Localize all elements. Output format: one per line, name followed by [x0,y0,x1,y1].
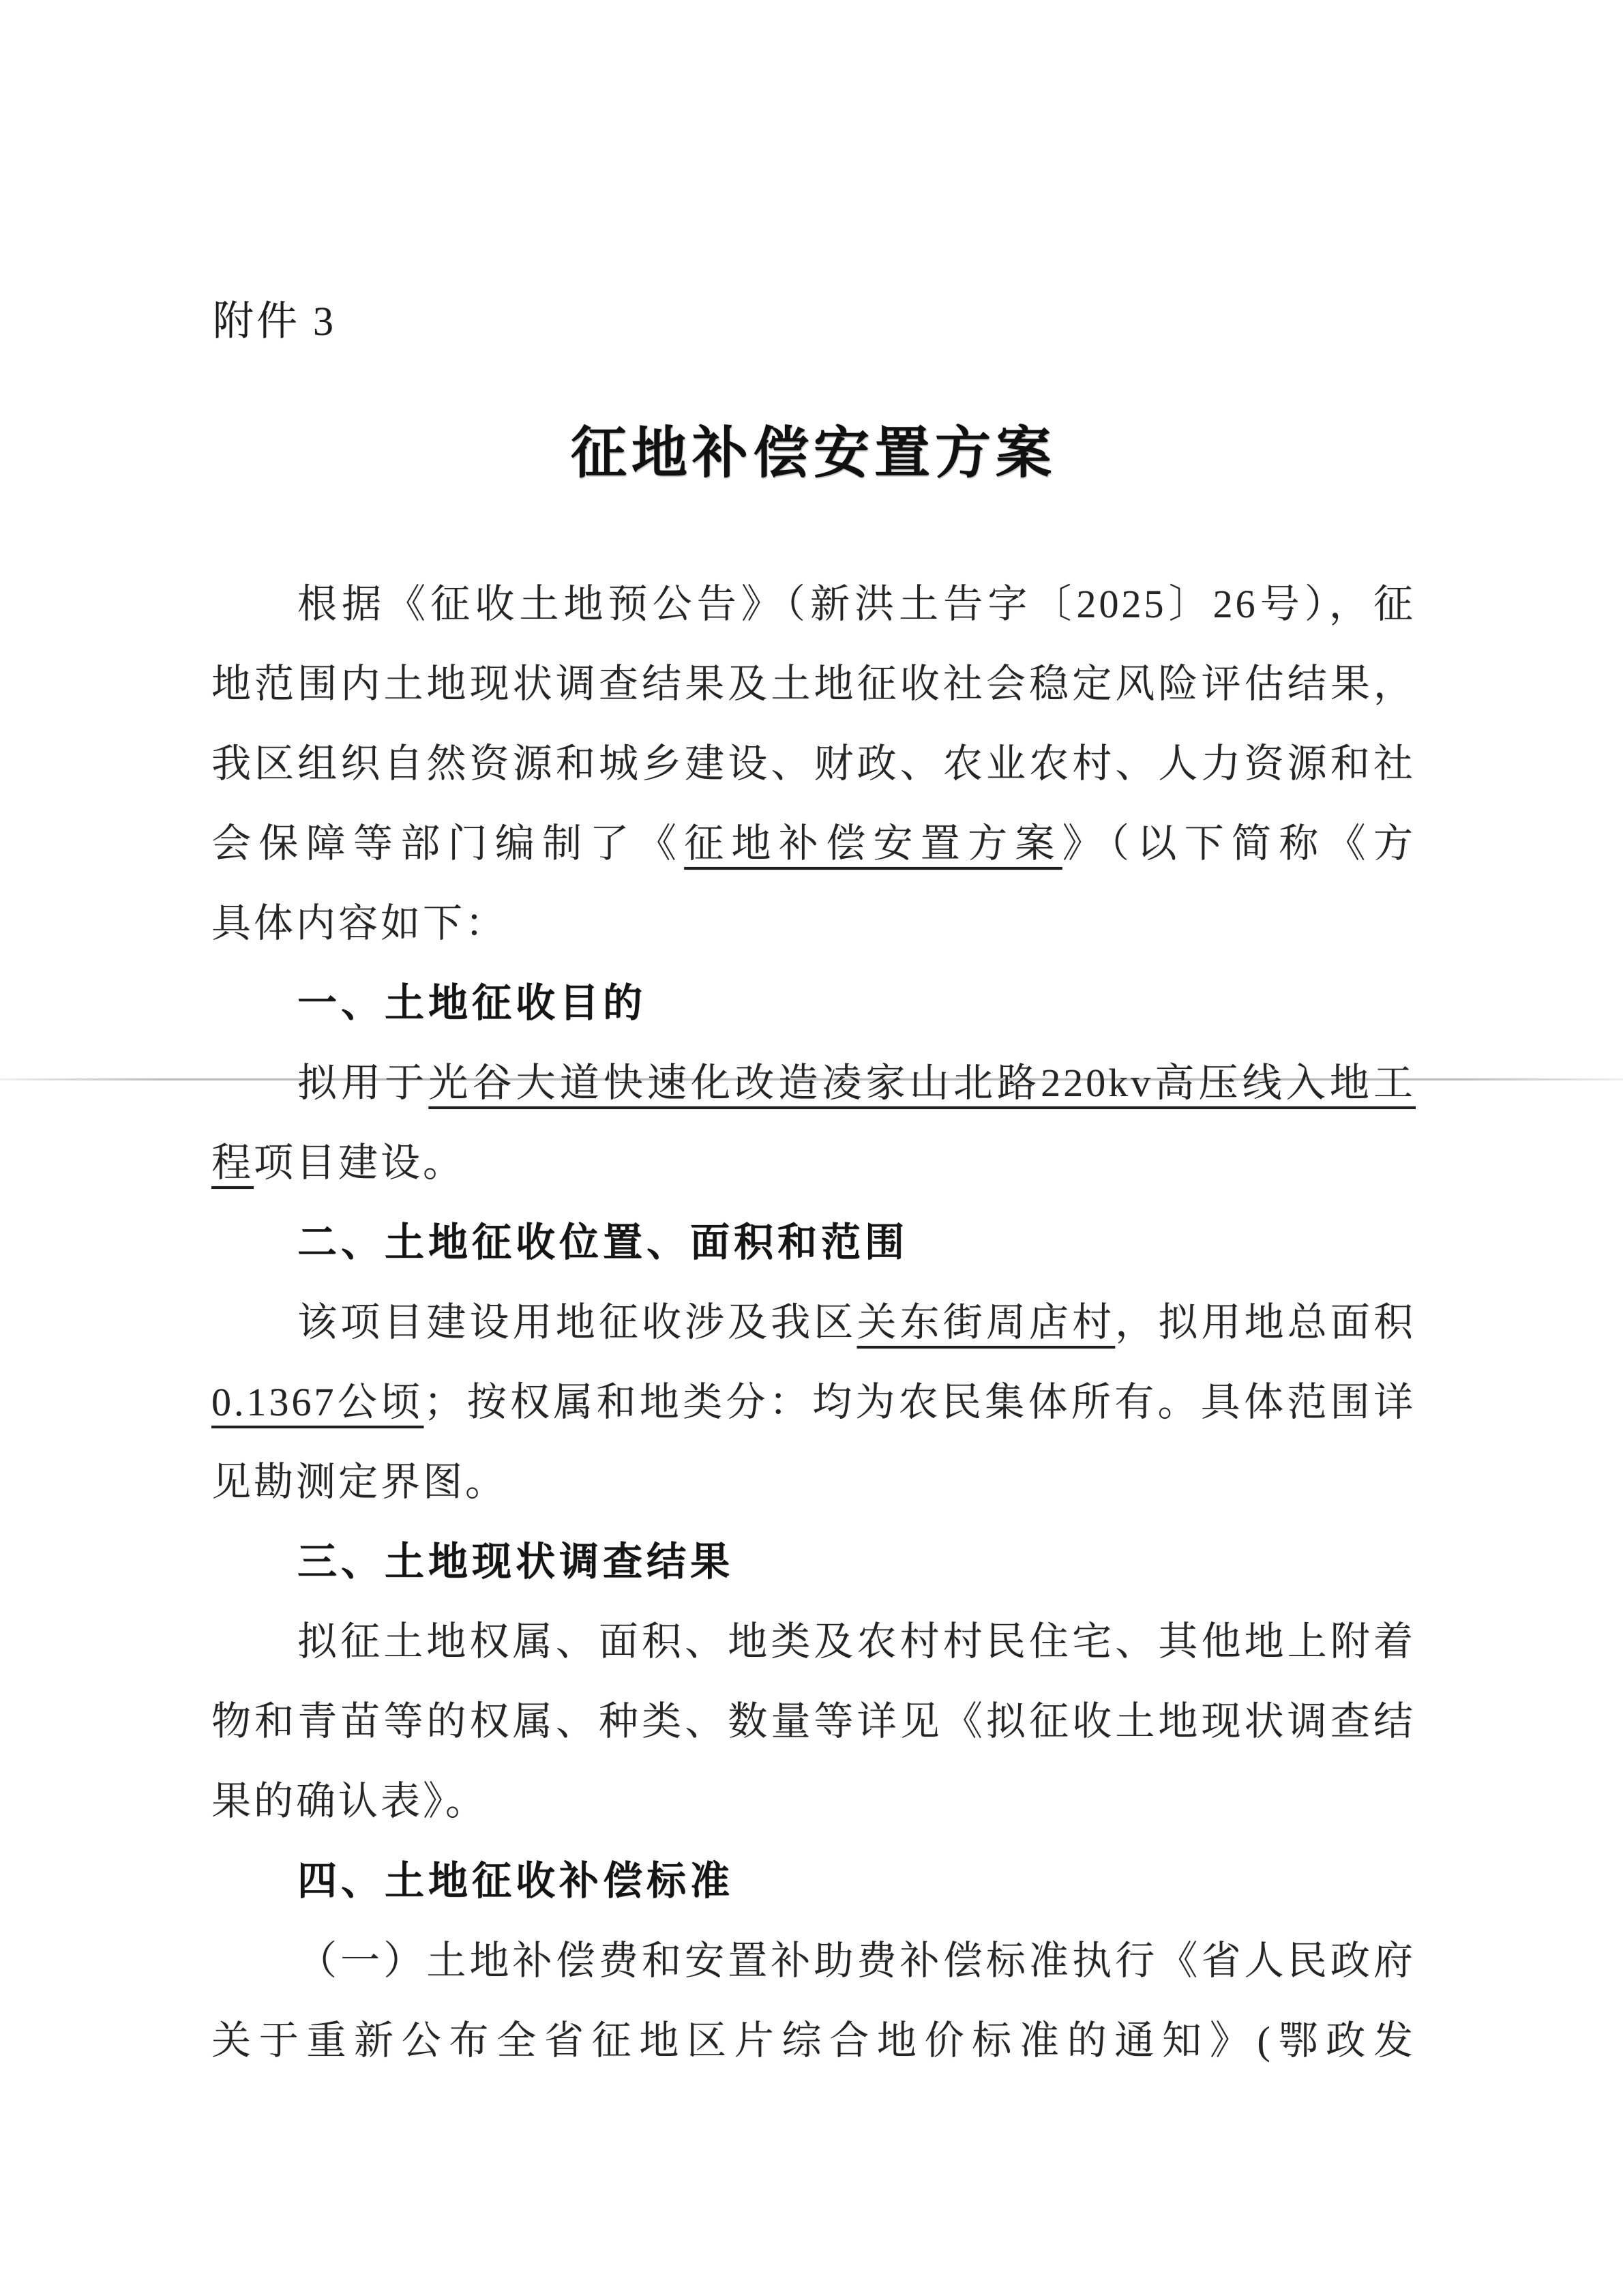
underlined-text: 0.1367公顷 [211,1380,423,1424]
text-line: 程项目建设。 [211,1123,1416,1203]
text-segment: 该项目建设用地征收涉及我区 [297,1300,857,1344]
text-line: 拟用于光谷大道快速化改造凌家山北路220kv高压线入地工 [211,1043,1416,1123]
text-segment: 根据《征收土地预公告》（新洪土告字〔2025〕26号），征 [297,582,1416,626]
text-segment: 会保障等部门编制了《 [211,821,684,866]
text-segment: 我区组织自然资源和城乡建设、财政、农业农村、人力资源和社 [211,741,1416,786]
section-heading-4: 四、土地征收补偿标准 [211,1841,1416,1921]
text-line: 我区组织自然资源和城乡建设、财政、农业农村、人力资源和社 [211,724,1416,804]
heading-text: 三、土地现状调查结果 [297,1538,734,1585]
text-line: 根据《征收土地预公告》（新洪土告字〔2025〕26号），征 [211,564,1416,644]
underlined-text: 征地补偿安置方案 [684,821,1062,866]
text-segment: 拟用于 [297,1061,428,1105]
text-line: 会保障等部门编制了《征地补偿安置方案》（以下简称《方案》）， [211,804,1416,883]
text-segment: 拟征土地权属、面积、地类及农村村民住宅、其他地上附着 [297,1619,1416,1664]
section-heading-2: 二、土地征收位置、面积和范围 [211,1203,1416,1282]
document-page: 附件 3 征地补偿安置方案 根据《征收土地预公告》（新洪土告字〔2025〕26号… [0,0,1623,2296]
section-heading-1: 一、土地征收目的 [211,963,1416,1043]
text-line: 具体内容如下： [211,883,1416,963]
heading-text: 二、土地征收位置、面积和范围 [297,1219,908,1265]
text-line: 拟征土地权属、面积、地类及农村村民住宅、其他地上附着 [211,1602,1416,1681]
text-segment: （一）土地补偿费和安置补助费补偿标准执行《省人民政府 [297,1939,1416,1983]
text-segment: ；按权属和地类分：均为农民集体所有。具体范围详 [423,1380,1416,1424]
document-body: 根据《征收土地预公告》（新洪土告字〔2025〕26号），征 地范围内土地现状调查… [211,564,1416,2080]
text-segment: 关于重新公布全省征地区片综合地价标准的通知》(鄂政发 [211,2018,1416,2063]
text-line: 关于重新公布全省征地区片综合地价标准的通知》(鄂政发 [211,2001,1416,2080]
text-line: 果的确认表》。 [211,1761,1416,1841]
text-segment: 具体内容如下： [211,901,507,945]
text-segment: 物和青苗等的权属、种类、数量等详见《拟征收土地现状调查结 [211,1699,1416,1743]
text-line: 见勘测定界图。 [211,1442,1416,1522]
text-segment: 项目建设。 [254,1140,465,1185]
underlined-text: 光谷大道快速化改造凌家山北路220kv高压线入地工 [428,1061,1416,1105]
text-segment: 果的确认表》。 [211,1779,488,1823]
text-line: （一）土地补偿费和安置补助费补偿标准执行《省人民政府 [211,1921,1416,2001]
text-line: 地范围内土地现状调查结果及土地征收社会稳定风险评估结果， [211,644,1416,724]
text-segment: ，拟用地总面积 [1115,1300,1416,1344]
page-title: 征地补偿安置方案 [211,423,1416,484]
heading-text: 一、土地征收目的 [297,980,646,1026]
section-heading-3: 三、土地现状调查结果 [211,1522,1416,1602]
underlined-text: 程 [211,1140,254,1185]
text-segment: 见勘测定界图。 [211,1460,507,1504]
text-line: 0.1367公顷；按权属和地类分：均为农民集体所有。具体范围详 [211,1362,1416,1442]
text-line: 该项目建设用地征收涉及我区关东街周店村，拟用地总面积 [211,1282,1416,1362]
underlined-text: 关东街周店村 [857,1300,1116,1344]
text-segment: 地范围内土地现状调查结果及土地征收社会稳定风险评估结果， [211,662,1416,706]
text-line: 物和青苗等的权属、种类、数量等详见《拟征收土地现状调查结 [211,1681,1416,1761]
heading-text: 四、土地征收补偿标准 [297,1857,734,1904]
attachment-label: 附件 3 [213,299,336,344]
